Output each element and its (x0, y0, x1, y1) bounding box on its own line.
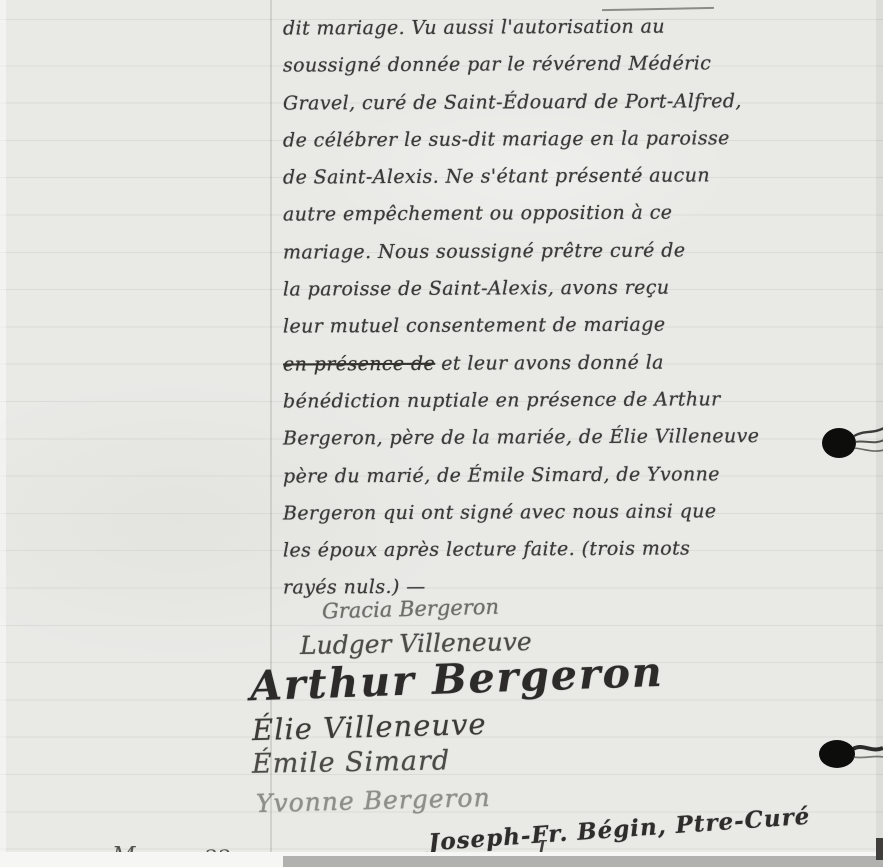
register-line: les époux après lecture faite. (trois mo… (283, 530, 877, 570)
scan-bottom-gray-bar (283, 856, 883, 867)
register-line: Gravel, curé de Saint-Édouard de Port-Al… (283, 82, 877, 122)
register-text-block: dit mariage. Vu aussi l'autorisation au … (283, 9, 877, 606)
binding-hole-bottom (815, 731, 883, 779)
register-line: leur mutuel consentement de mariage (283, 306, 877, 346)
page-left-edge (0, 0, 6, 867)
binding-hole-top (818, 418, 883, 470)
register-line-with-strikethrough: en présence deet leur avons donné la (283, 343, 877, 383)
register-line: bénédiction nuptiale en présence de Arth… (283, 380, 877, 420)
register-line: de Saint-Alexis. Ne s'étant présenté auc… (283, 157, 877, 197)
register-line: mariage. Nous soussigné prêtre curé de (283, 231, 877, 271)
struck-out-text: en présence de (283, 352, 435, 375)
register-line-text: et leur avons donné la (441, 351, 664, 374)
signature-elie-villeneuve: Élie Villeneuve (252, 707, 487, 747)
signature-emile-simard: Émile Simard (252, 745, 451, 779)
register-line: soussigné donnée par le révérend Médéric (283, 45, 877, 85)
register-line: la paroisse de Saint-Alexis, avons reçu (283, 269, 877, 309)
register-line: Bergeron, père de la mariée, de Élie Vil… (283, 418, 877, 458)
register-line: Bergeron qui ont signé avec nous ainsi q… (283, 492, 877, 532)
register-line: dit mariage. Vu aussi l'autorisation au (283, 7, 877, 47)
signature-gracia-bergeron: Gracia Bergeron (322, 595, 500, 624)
signature-yvonne-bergeron: Yvonne Bergeron (256, 783, 491, 818)
scan-bottom-right-mark (876, 838, 883, 860)
register-line: autre empêchement ou opposition à ce (283, 194, 877, 234)
register-line: de célébrer le sus-dit mariage en la par… (283, 119, 877, 159)
register-page-scan: dit mariage. Vu aussi l'autorisation au … (0, 0, 883, 867)
register-line: père du marié, de Émile Simard, de Yvonn… (283, 455, 877, 495)
